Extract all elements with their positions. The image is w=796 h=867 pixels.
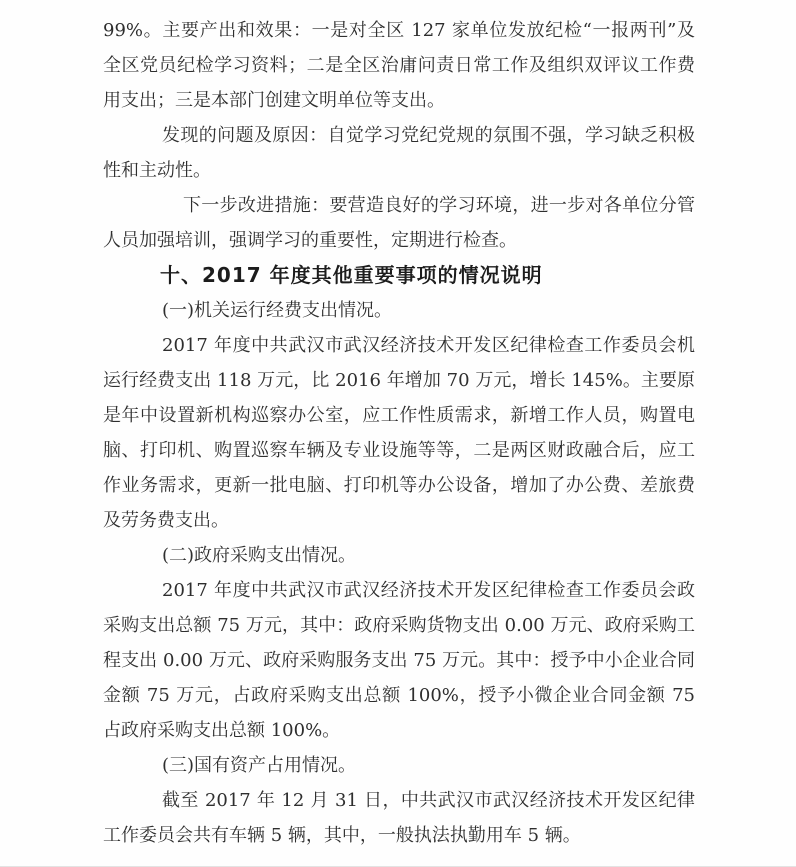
text-line: 截至 2017 年 12 月 31 日，中共武汉市武汉经济技术开发区纪律检查 [103,783,695,818]
paragraph: 99%。主要产出和效果：一是对全区 127 家单位发放纪检“一报两刊”及全区党员… [103,13,695,118]
document-page: 99%。主要产出和效果：一是对全区 127 家单位发放纪检“一报两刊”及全区党员… [0,0,796,867]
text-line: 人员加强培训，强调学习的重要性，定期进行检查。 [103,223,695,258]
text-line: 采购支出总额 75 万元，其中：政府采购货物支出 0.00 万元、政府采购工 [103,608,695,643]
paragraph: (二)政府采购支出情况。 [103,538,695,573]
text-line: (三)国有资产占用情况。 [103,748,695,783]
text-line: 2017 年度中共武汉市武汉经济技术开发区纪律检查工作委员会机关 [103,328,695,363]
text-line: 运行经费支出 118 万元，比 2016 年增加 70 万元，增长 145%。主… [103,363,695,398]
paragraph: 2017 年度中共武汉市武汉经济技术开发区纪律检查工作委员会政府采购支出总额 7… [103,573,695,748]
paragraph: 截至 2017 年 12 月 31 日，中共武汉市武汉经济技术开发区纪律检查工作… [103,783,695,853]
section-heading: 十、2017 年度其他重要事项的情况说明 [103,258,695,293]
heading-text-line: 十、2017 年度其他重要事项的情况说明 [103,258,695,293]
text-line: 工作委员会共有车辆 5 辆，其中，一般执法执勤用车 5 辆。 [103,818,695,853]
text-line: 性和主动性。 [103,153,695,188]
text-line: 金额 75 万元，占政府采购支出总额 100%，授予小微企业合同金额 75 万元… [103,678,695,713]
paragraph: 下一步改进措施：要营造良好的学习环境，进一步对各单位分管人员加强培训，强调学习的… [103,188,695,258]
document-body: 99%。主要产出和效果：一是对全区 127 家单位发放纪检“一报两刊”及全区党员… [103,13,695,853]
text-line: 用支出；三是本部门创建文明单位等支出。 [103,83,695,118]
text-line: (二)政府采购支出情况。 [103,538,695,573]
text-line: 99%。主要产出和效果：一是对全区 127 家单位发放纪检“一报两刊”及 [103,13,695,48]
paragraph: (一)机关运行经费支出情况。 [103,293,695,328]
text-line: 发现的问题及原因：自觉学习党纪党规的氛围不强，学习缺乏积极 [103,118,695,153]
text-line: 下一步改进措施：要营造良好的学习环境，进一步对各单位分管 [103,188,695,223]
text-line: (一)机关运行经费支出情况。 [103,293,695,328]
text-line: 脑、打印机、购置巡察车辆及专业设施等等，二是两区财政融合后，应工 [103,433,695,468]
paragraph: (三)国有资产占用情况。 [103,748,695,783]
paragraph: 发现的问题及原因：自觉学习党纪党规的氛围不强，学习缺乏积极性和主动性。 [103,118,695,188]
text-line: 是年中设置新机构巡察办公室，应工作性质需求，新增工作人员，购置电 [103,398,695,433]
paragraph: 2017 年度中共武汉市武汉经济技术开发区纪律检查工作委员会机关运行经费支出 1… [103,328,695,538]
text-line: 2017 年度中共武汉市武汉经济技术开发区纪律检查工作委员会政府 [103,573,695,608]
text-line: 全区党员纪检学习资料；二是全区治庸问责日常工作及组织双评议工作费 [103,48,695,83]
text-line: 占政府采购支出总额 100%。 [103,713,695,748]
text-line: 及劳务费支出。 [103,503,695,538]
text-line: 作业务需求，更新一批电脑、打印机等办公设备，增加了办公费、差旅费 [103,468,695,503]
text-line: 程支出 0.00 万元、政府采购服务支出 75 万元。其中：授予中小企业合同 [103,643,695,678]
